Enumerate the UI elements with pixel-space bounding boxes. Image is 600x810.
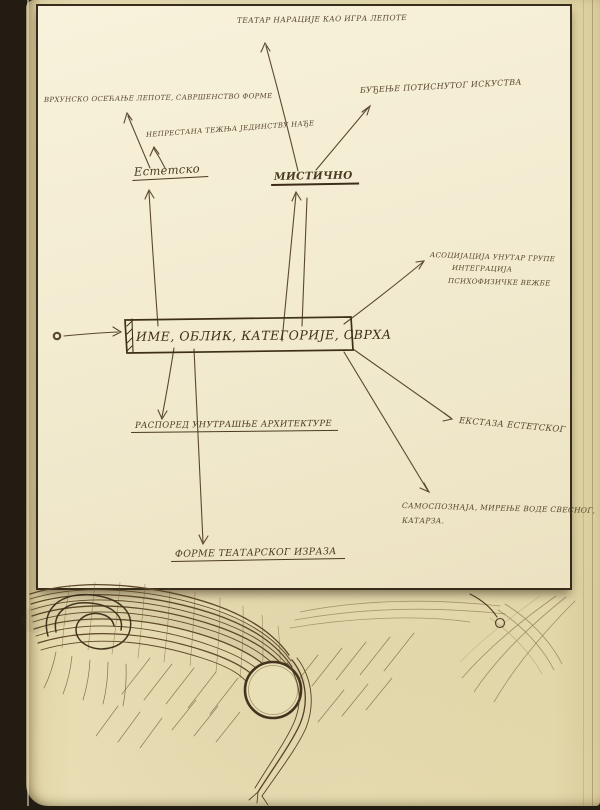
node-raspored: РАСПОРЕД УНУТРАШЊЕ АРХИТЕКТУРЕ [131, 419, 338, 433]
catharsis-annotation-2: КАТАРЗА. [402, 516, 444, 525]
blank-circle-motif [245, 662, 301, 718]
left-anchor-dot [54, 333, 60, 339]
association-annotation-2: ИНТЕГРАЦИЈА [452, 264, 512, 274]
ink-flourish-drawing [30, 582, 575, 805]
node-misticno: МИСТИЧНО [271, 169, 359, 186]
center-box-label: ИМЕ, ОБЛИК, КАТЕГОРИЈЕ, СВРХА [136, 320, 348, 351]
diagram-connectors [54, 43, 452, 544]
